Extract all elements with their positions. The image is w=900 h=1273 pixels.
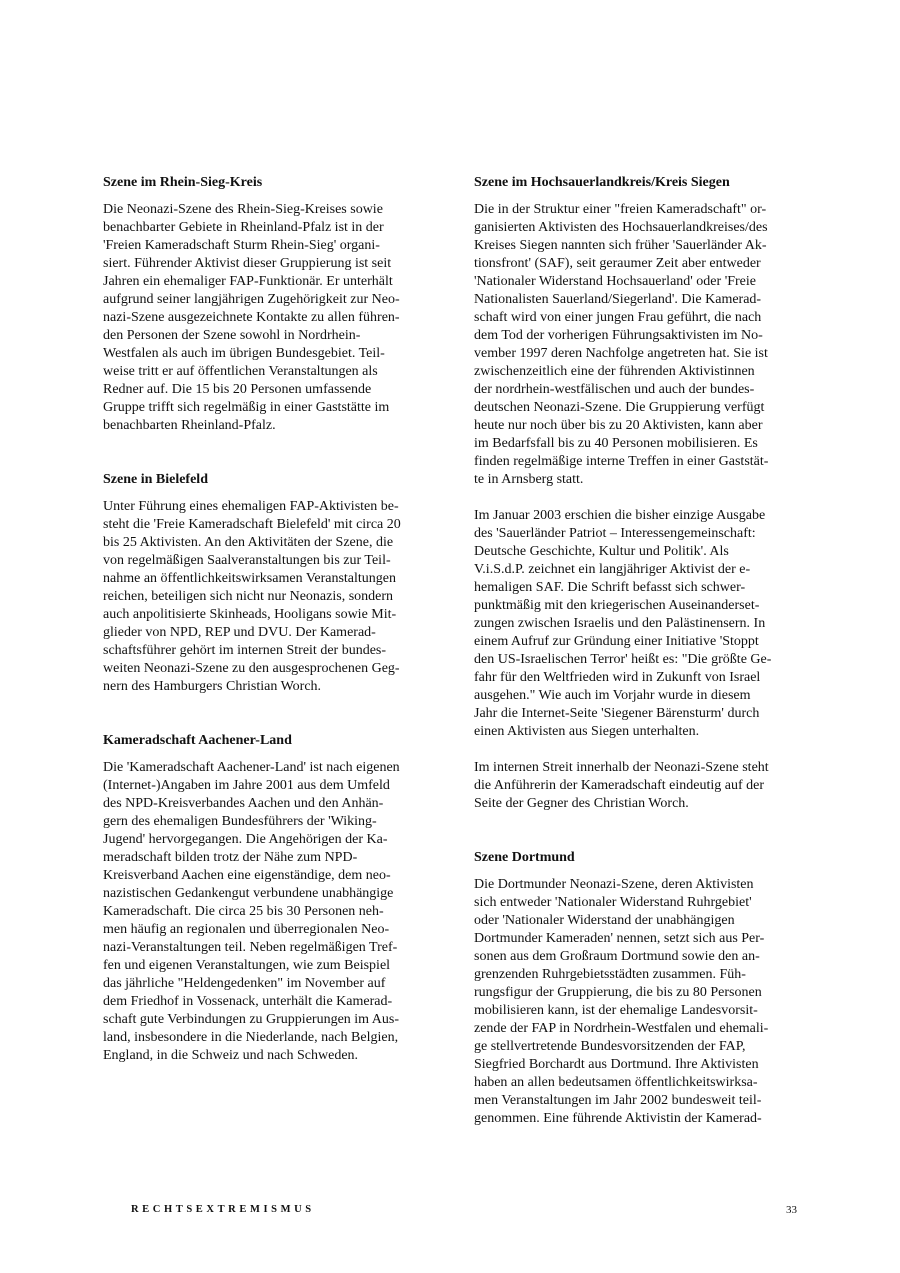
section-heading: Szene im Rhein-Sieg-Kreis (103, 174, 433, 192)
text-line: Redner auf. Die 15 bis 20 Personen umfas… (103, 381, 433, 399)
text-line: Im internen Streit innerhalb der Neonazi… (474, 759, 804, 777)
text-line: land, insbesondere in die Niederlande, n… (103, 1029, 433, 1047)
text-line: 'Freien Kameradschaft Sturm Rhein-Sieg' … (103, 237, 433, 255)
text-line: einem Aufruf zur Gründung einer Initiati… (474, 633, 804, 651)
text-line: einen Aktivisten aus Siegen unterhalten. (474, 723, 804, 741)
text-line: weise tritt er auf öffentlichen Veransta… (103, 363, 433, 381)
text-line: rungsfigur der Gruppierung, die bis zu 8… (474, 984, 804, 1002)
section-heading: Kameradschaft Aachener-Land (103, 732, 433, 750)
text-line: vember 1997 deren Nachfolge angetreten h… (474, 345, 804, 363)
text-line: zende der FAP in Nordrhein-Westfalen und… (474, 1020, 804, 1038)
paragraph: Die Neonazi-Szene des Rhein-Sieg-Kreises… (103, 201, 433, 435)
text-line: reichen, beteiligen sich nicht nur Neona… (103, 588, 433, 606)
paragraph: Unter Führung eines ehemaligen FAP-Aktiv… (103, 498, 433, 696)
text-line: von regelmäßigen Saalveranstaltungen bis… (103, 552, 433, 570)
text-line: fahr für den Weltfrieden wird in Zukunft… (474, 669, 804, 687)
text-line: benachbarten Rheinland-Pfalz. (103, 417, 433, 435)
text-line: Gruppe trifft sich regelmäßig in einer G… (103, 399, 433, 417)
text-line: (Internet-)Angaben im Jahre 2001 aus dem… (103, 777, 433, 795)
section-spacer (103, 435, 433, 471)
text-line: Jahr die Internet-Seite 'Siegener Bärens… (474, 705, 804, 723)
text-line: 'Nationaler Widerstand Hochsauerland' od… (474, 273, 804, 291)
text-line: mobilisieren kann, ist der ehemalige Lan… (474, 1002, 804, 1020)
text-line: nazistischen Gedankengut verbundene unab… (103, 885, 433, 903)
section-rhein-sieg-kreis: Szene im Rhein-Sieg-Kreis Die Neonazi-Sz… (103, 174, 433, 435)
text-line: die Anführerin der Kameradschaft eindeut… (474, 777, 804, 795)
text-line: hemaligen SAF. Die Schrift befasst sich … (474, 579, 804, 597)
text-line: tionsfront' (SAF), seit geraumer Zeit ab… (474, 255, 804, 273)
text-line: Westfalen als auch im übrigen Bundesgebi… (103, 345, 433, 363)
text-line: siert. Führender Aktivist dieser Gruppie… (103, 255, 433, 273)
paragraph: Im Januar 2003 erschien die bisher einzi… (474, 507, 804, 741)
text-line: deutschen Neonazi-Szene. Die Gruppierung… (474, 399, 804, 417)
text-line: dem Friedhof in Vossenack, unterhält die… (103, 993, 433, 1011)
text-line: grenzenden Ruhrgebietsstädten zusammen. … (474, 966, 804, 984)
text-line: sich entweder 'Nationaler Widerstand Ruh… (474, 894, 804, 912)
text-line: im Bedarfsfall bis zu 40 Personen mobili… (474, 435, 804, 453)
section-hochsauerlandkreis-siegen: Szene im Hochsauerlandkreis/Kreis Siegen… (474, 174, 804, 813)
text-line: Die in der Struktur einer "freien Kamera… (474, 201, 804, 219)
paragraph: Die in der Struktur einer "freien Kamera… (474, 201, 804, 489)
text-line: Die Neonazi-Szene des Rhein-Sieg-Kreises… (103, 201, 433, 219)
text-line: schaftsführer gehört im internen Streit … (103, 642, 433, 660)
text-line: England, in die Schweiz und nach Schwede… (103, 1047, 433, 1065)
section-heading: Szene in Bielefeld (103, 471, 433, 489)
text-line: des NPD-Kreisverbandes Aachen und den An… (103, 795, 433, 813)
section-spacer (103, 696, 433, 732)
paragraph-spacer (474, 489, 804, 507)
text-line: Siegfried Borchardt aus Dortmund. Ihre A… (474, 1056, 804, 1074)
left-column: Szene im Rhein-Sieg-Kreis Die Neonazi-Sz… (103, 174, 433, 1065)
text-line: weiten Neonazi-Szene zu den ausgesproche… (103, 660, 433, 678)
text-line: auch anpolitisierte Skinheads, Hooligans… (103, 606, 433, 624)
text-line: steht die 'Freie Kameradschaft Bielefeld… (103, 516, 433, 534)
text-line: meradschaft bilden trotz der Nähe zum NP… (103, 849, 433, 867)
text-line: men Veranstaltungen im Jahr 2002 bundesw… (474, 1092, 804, 1110)
text-line: nazi-Szene ausgezeichnete Kontakte zu al… (103, 309, 433, 327)
text-line: das jährliche "Heldengedenken" im Novemb… (103, 975, 433, 993)
text-line: benachbarter Gebiete in Rheinland-Pfalz … (103, 219, 433, 237)
text-line: zwischenzeitlich eine der führenden Akti… (474, 363, 804, 381)
text-line: Im Januar 2003 erschien die bisher einzi… (474, 507, 804, 525)
text-line: Jugend' hervorgegangen. Die Angehörigen … (103, 831, 433, 849)
section-aachener-land: Kameradschaft Aachener-Land Die 'Kamerad… (103, 732, 433, 1065)
text-line: ausgehen." Wie auch im Vorjahr wurde in … (474, 687, 804, 705)
text-line: gern des ehemaligen Bundesführers der 'W… (103, 813, 433, 831)
text-line: ge stellvertretende Bundesvorsitzenden d… (474, 1038, 804, 1056)
section-heading: Szene im Hochsauerlandkreis/Kreis Siegen (474, 174, 804, 192)
text-line: Kreises Siegen nannten sich früher 'Saue… (474, 237, 804, 255)
paragraph: Die 'Kameradschaft Aachener-Land' ist na… (103, 759, 433, 1065)
section-spacer (474, 813, 804, 849)
text-line: te in Arnsberg statt. (474, 471, 804, 489)
text-line: Die Dortmunder Neonazi-Szene, deren Akti… (474, 876, 804, 894)
text-line: des 'Sauerländer Patriot – Interessengem… (474, 525, 804, 543)
text-line: glieder von NPD, REP und DVU. Der Kamera… (103, 624, 433, 642)
text-line: dem Tod der vorherigen Führungsaktiviste… (474, 327, 804, 345)
text-line: schaft gute Verbindungen zu Gruppierunge… (103, 1011, 433, 1029)
text-line: bis 25 Aktivisten. An den Aktivitäten de… (103, 534, 433, 552)
text-line: V.i.S.d.P. zeichnet ein langjähriger Akt… (474, 561, 804, 579)
text-line: men häufig an regionalen und überregiona… (103, 921, 433, 939)
paragraph: Im internen Streit innerhalb der Neonazi… (474, 759, 804, 813)
paragraph-spacer (474, 741, 804, 759)
text-line: fen und eigenen Veranstaltungen, wie zum… (103, 957, 433, 975)
text-line: sonen aus dem Großraum Dortmund sowie de… (474, 948, 804, 966)
text-line: den US-Israelischen Terror' heißt es: "D… (474, 651, 804, 669)
text-line: Seite der Gegner des Christian Worch. (474, 795, 804, 813)
page-number: 33 (786, 1204, 797, 1216)
text-line: ganisierten Aktivisten des Hochsauerland… (474, 219, 804, 237)
text-line: oder 'Nationaler Widerstand der unabhäng… (474, 912, 804, 930)
text-line: punktmäßig mit den kriegerischen Auseina… (474, 597, 804, 615)
text-line: Deutsche Geschichte, Kultur und Politik'… (474, 543, 804, 561)
text-line: aufgrund seiner langjährigen Zugehörigke… (103, 291, 433, 309)
text-line: finden regelmäßige interne Treffen in ei… (474, 453, 804, 471)
text-line: Jahren ein ehemaliger FAP-Funktionär. Er… (103, 273, 433, 291)
section-bielefeld: Szene in Bielefeld Unter Führung eines e… (103, 471, 433, 696)
text-line: haben an allen bedeutsamen öffentlichkei… (474, 1074, 804, 1092)
text-line: Dortmunder Kameraden' nennen, setzt sich… (474, 930, 804, 948)
right-column: Szene im Hochsauerlandkreis/Kreis Siegen… (474, 174, 804, 1128)
text-line: Unter Führung eines ehemaligen FAP-Aktiv… (103, 498, 433, 516)
text-line: nahme an öffentlichkeitswirksamen Verans… (103, 570, 433, 588)
text-line: Kreisverband Aachen eine eigenständige, … (103, 867, 433, 885)
paragraph: Die Dortmunder Neonazi-Szene, deren Akti… (474, 876, 804, 1128)
text-line: nern des Hamburgers Christian Worch. (103, 678, 433, 696)
text-line: zungen zwischen Israelis und den Palästi… (474, 615, 804, 633)
text-line: Kameradschaft. Die circa 25 bis 30 Perso… (103, 903, 433, 921)
text-line: genommen. Eine führende Aktivistin der K… (474, 1110, 804, 1128)
text-line: nazi-Veranstaltungen teil. Neben regelmä… (103, 939, 433, 957)
text-line: den Personen der Szene sowohl in Nordrhe… (103, 327, 433, 345)
section-heading: Szene Dortmund (474, 849, 804, 867)
text-line: der nordrhein-westfälischen und auch der… (474, 381, 804, 399)
text-line: schaft wird von einer jungen Frau geführ… (474, 309, 804, 327)
text-line: Nationalisten Sauerland/Siegerland'. Die… (474, 291, 804, 309)
text-line: Die 'Kameradschaft Aachener-Land' ist na… (103, 759, 433, 777)
text-line: heute nur noch über bis zu 20 Aktivisten… (474, 417, 804, 435)
section-dortmund: Szene Dortmund Die Dortmunder Neonazi-Sz… (474, 849, 804, 1128)
running-footer-title: RECHTSEXTREMISMUS (131, 1204, 315, 1215)
